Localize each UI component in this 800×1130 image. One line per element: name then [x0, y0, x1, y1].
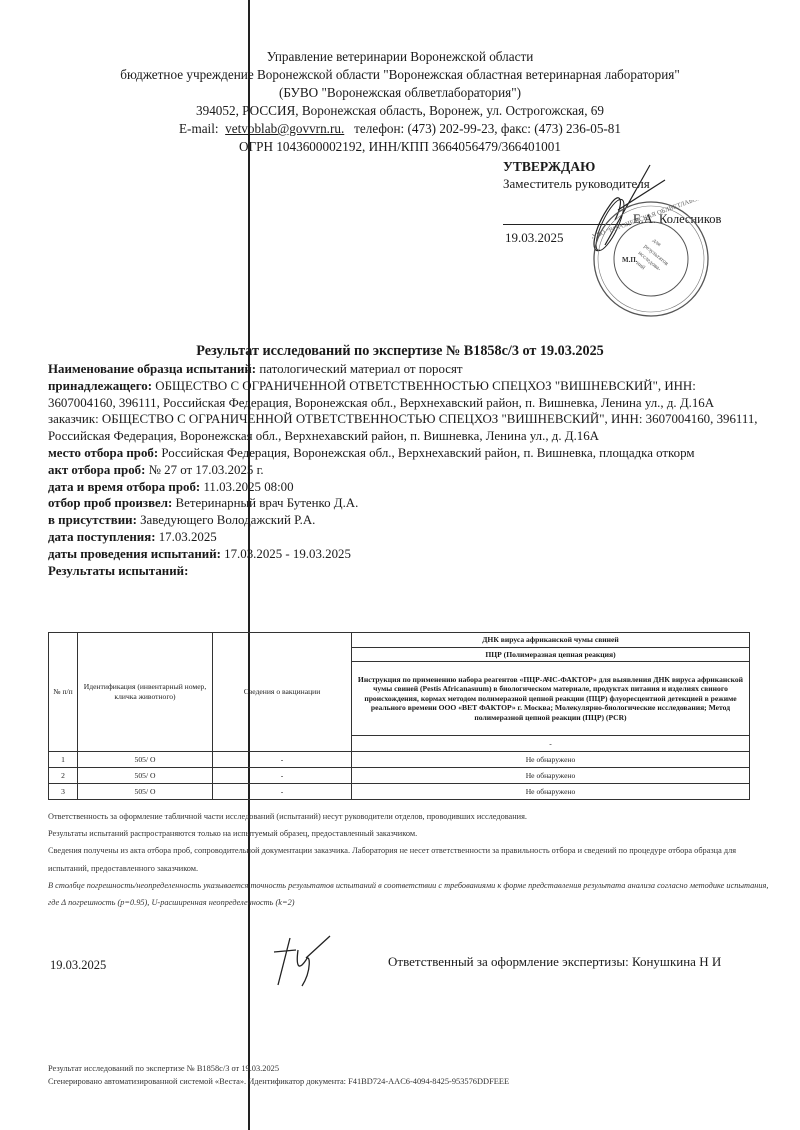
sample-info: Наименование образца испытаний: патологи… [48, 361, 760, 579]
sample-name-row: Наименование образца испытаний: патологи… [48, 361, 760, 378]
customer-row: заказчик: ОБЩЕСТВО С ОГРАНИЧЕННОЙ ОТВЕТС… [48, 411, 760, 445]
header-registration: ОГРН 1043600002192, ИНН/КПП 3664056479/3… [0, 138, 800, 155]
test-dates-row: даты проведения испытаний: 17.03.2025 - … [48, 546, 760, 563]
result-cell: Не обнаружено [352, 768, 750, 784]
organization-seal-icon: М.П. для результатов исследова- ний БУВО… [592, 200, 710, 318]
phone-fax: телефон: (473) 202-99-23, факс: (473) 23… [354, 121, 621, 136]
col-identification-header: Идентификация (инвентарный номер, кличка… [78, 633, 213, 752]
header-short-name: (БУВО "Воронежская облветлаборатория") [0, 84, 800, 101]
sampling-datetime-row: дата и время отбора проб: 11.03.2025 08:… [48, 479, 760, 496]
sampling-act-row: акт отбора проб: № 27 от 17.03.2025 г. [48, 462, 760, 479]
table-row: 3 505/ О - Не обнаружено [49, 784, 750, 800]
header-institution: бюджетное учреждение Воронежской области… [0, 66, 800, 83]
unit-row: - [352, 736, 750, 752]
header-contacts: E-mail: vetvoblab@govvrn.ru. телефон: (4… [0, 120, 800, 137]
note-responsibility: Ответственность за оформление табличной … [48, 808, 778, 825]
header-department: Управление ветеринарии Воронежской облас… [0, 48, 800, 65]
presence-row: в присутствии: Заведующего Володажский Р… [48, 512, 760, 529]
email-link[interactable]: vetvoblab@govvrn.ru. [225, 121, 344, 136]
email-label: E-mail: [179, 121, 219, 136]
table-row: 2 505/ О - Не обнаружено [49, 768, 750, 784]
note-scope: Результаты испытаний распространяются то… [48, 825, 778, 842]
svg-text:для: для [651, 238, 662, 248]
results-table: № п/п Идентификация (инвентарный номер, … [48, 632, 750, 800]
sampler-row: отбор проб произвел: Ветеринарный врач Б… [48, 495, 760, 512]
approval-date: 19.03.2025 [505, 230, 564, 246]
header-address: 394052, РОССИЯ, Воронежская область, Вор… [0, 102, 800, 119]
footer-date: 19.03.2025 [50, 958, 106, 973]
result-cell: Не обнаружено [352, 752, 750, 768]
owner-row: принадлежащего: ОБЩЕСТВО С ОГРАНИЧЕННОЙ … [48, 378, 760, 412]
instruction-header: Инструкция по применению набора реагенто… [352, 662, 750, 736]
received-date-row: дата поступления: 17.03.2025 [48, 529, 760, 546]
note-uncertainty: В столбце погрешность/неопределенность у… [48, 877, 778, 911]
footer-reference: Результат исследований по экспертизе № В… [48, 1062, 509, 1075]
disclaimer-notes: Ответственность за оформление табличной … [48, 808, 778, 911]
method-header: ПЦР (Полимеразная цепная реакция) [352, 648, 750, 662]
note-source: Сведения получены из акта отбора проб, с… [48, 842, 778, 876]
col-number-header: № п/п [49, 633, 78, 752]
generated-footer: Результат исследований по экспертизе № В… [48, 1062, 509, 1088]
document-title: Результат исследований по экспертизе № В… [0, 343, 800, 360]
responsible-person: Ответственный за оформление экспертизы: … [388, 954, 721, 970]
col-vaccination-header: Сведения о вакцинации [213, 633, 352, 752]
responsible-signature-icon [268, 930, 338, 990]
table-row: 1 505/ О - Не обнаружено [49, 752, 750, 768]
sampling-place-row: место отбора проб: Российская Федерация,… [48, 445, 760, 462]
footer-document-id: Сгенерировано автоматизированной системо… [48, 1075, 509, 1088]
results-label: Результаты испытаний: [48, 563, 760, 580]
result-cell: Не обнаружено [352, 784, 750, 800]
analyte-header: ДНК вируса африканской чумы свиней [352, 633, 750, 648]
